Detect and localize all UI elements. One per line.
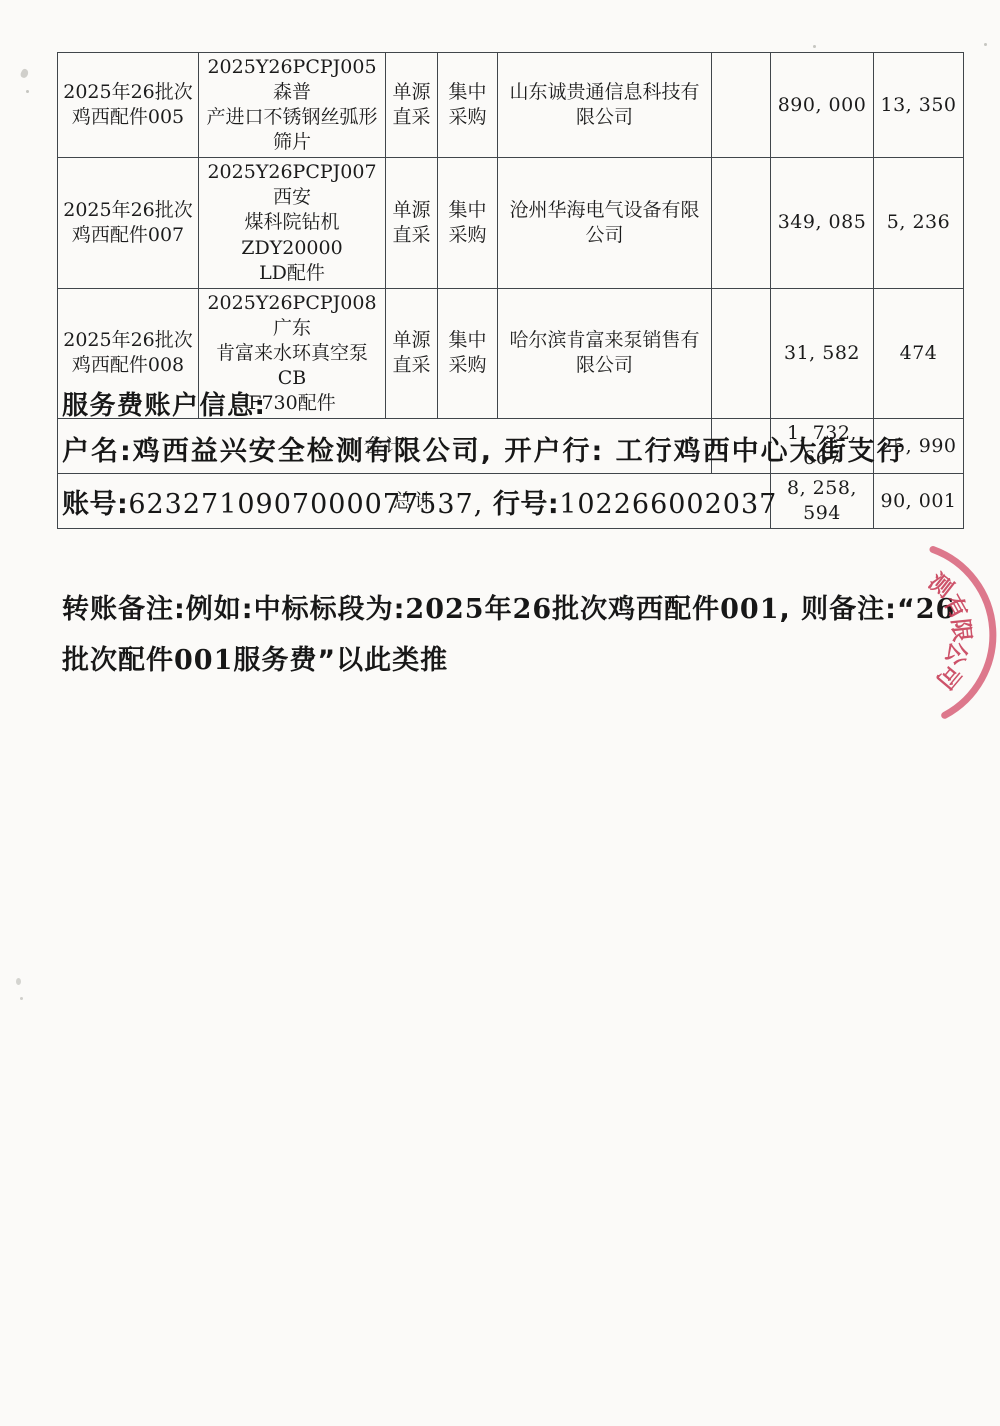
batch-cell: 2025年26批次 鸡西配件007: [58, 158, 199, 288]
transfer-note-line-1: 转账备注:例如:中标标段为:2025年26批次鸡西配件001, 则备注:“26: [62, 587, 955, 626]
note-text: 2025: [405, 594, 484, 625]
note-text: 批次鸡西配件: [552, 594, 720, 625]
seal-char: 司: [930, 659, 970, 698]
scan-speck: [19, 68, 30, 79]
note-text: 26: [916, 594, 956, 625]
company-seal-stamp: 测 有 限 公 司: [800, 535, 1000, 735]
bank-code-value: 102266002037: [559, 489, 777, 520]
scan-speck: [813, 45, 816, 48]
bank-code-label: 行号:: [493, 489, 559, 520]
supplier-cell: 沧州华海电气设备有限 公司: [498, 158, 712, 288]
amount-cell: 349, 085: [771, 158, 874, 288]
batch-cell: 2025年26批次 鸡西配件005: [58, 53, 199, 158]
note-text: 001: [174, 645, 233, 676]
service-fee-cell: 13, 350: [874, 53, 964, 158]
transfer-note-line-2: 批次配件001服务费”以此类推: [62, 638, 448, 677]
note-text: 转账备注:例如:中标标段为:: [62, 594, 405, 625]
scan-speck: [984, 43, 987, 46]
supplier-cell: 山东诚贵通信息科技有 限公司: [498, 53, 712, 158]
procure-category-cell: 集中 采购: [438, 158, 498, 288]
blank-cell: [712, 158, 771, 288]
blank-cell: [712, 53, 771, 158]
service-fee-cell: 5, 236: [874, 158, 964, 288]
note-text: 26: [513, 594, 553, 625]
seal-ring: [800, 535, 1000, 735]
note-text: , 则备注:“: [780, 594, 916, 625]
supplier-cell: 哈尔滨肯富来泵销售有 限公司: [498, 288, 712, 418]
note-text: 年: [485, 594, 513, 625]
scan-speck: [16, 978, 21, 985]
account-holder-line: 户名:鸡西益兴安全检测有限公司, 开户行: 工行鸡西中心大街支行: [62, 429, 906, 468]
note-text: 服务费”以此类推: [233, 645, 448, 676]
procure-mode-cell: 单源 直采: [386, 53, 438, 158]
project-cell: 2025Y26PCPJ007西安 煤科院钻机ZDY20000 LD配件: [199, 158, 386, 288]
note-text: 001: [720, 594, 779, 625]
amount-cell: 31, 582: [771, 288, 874, 418]
total-fee-cell: 90, 001: [874, 474, 964, 529]
scan-speck: [26, 90, 29, 93]
account-number-line: 账号:6232710907000077537, 行号:102266002037: [62, 482, 777, 521]
blank-cell: [712, 288, 771, 418]
scanned-document-page: { "colors": { "stamp_red": "#c43450", "t…: [0, 0, 1000, 1426]
total-amount-cell: 8, 258, 594: [771, 474, 874, 529]
account-holder-text: 户名:鸡西益兴安全检测有限公司, 开户行: 工行鸡西中心大街支行: [62, 436, 906, 467]
account-number-label: 账号:: [62, 489, 128, 520]
procure-mode-cell: 单源 直采: [386, 158, 438, 288]
procure-category-cell: 集中 采购: [438, 53, 498, 158]
seal-char: 公: [939, 638, 977, 670]
account-number-value: 6232710907000077537,: [128, 489, 493, 520]
procure-category-cell: 集中 采购: [438, 288, 498, 418]
note-text: 批次配件: [62, 645, 174, 676]
service-fee-account-heading: 服务费账户信息:: [62, 385, 266, 422]
table-row: 2025年26批次 鸡西配件007 2025Y26PCPJ007西安 煤科院钻机…: [58, 158, 964, 288]
table-row: 2025年26批次 鸡西配件005 2025Y26PCPJ005森普 产进口不锈…: [58, 53, 964, 158]
procure-mode-cell: 单源 直采: [386, 288, 438, 418]
amount-cell: 890, 000: [771, 53, 874, 158]
project-cell: 2025Y26PCPJ005森普 产进口不锈钢丝弧形 筛片: [199, 53, 386, 158]
service-fee-cell: 474: [874, 288, 964, 418]
scan-speck: [20, 997, 23, 1000]
